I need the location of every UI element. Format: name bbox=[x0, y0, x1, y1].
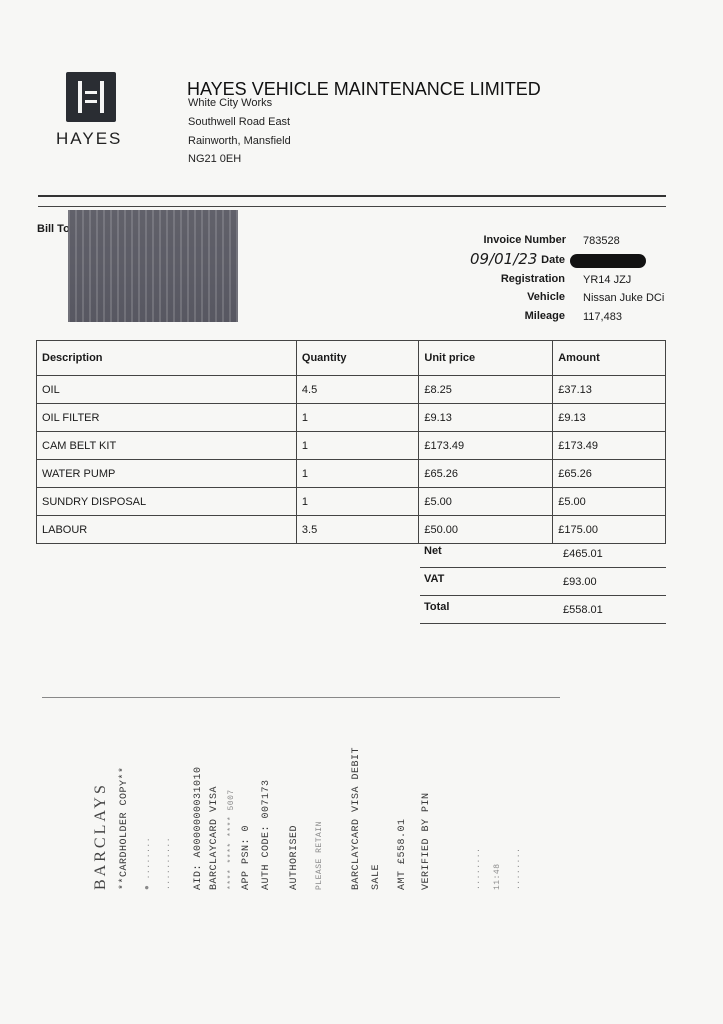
cell-quantity: 4.5 bbox=[296, 376, 418, 404]
address-line-4: NG21 0EH bbox=[188, 153, 241, 165]
address-line-1: White City Works bbox=[188, 97, 272, 109]
net-label: Net bbox=[424, 545, 442, 557]
net-value: £465.01 bbox=[563, 548, 603, 560]
address-line-2: Southwell Road East bbox=[188, 116, 290, 128]
cell-description: OIL FILTER bbox=[37, 404, 297, 432]
receipt-line: **CARDHOLDER COPY** bbox=[119, 766, 130, 890]
cell-amount: £9.13 bbox=[553, 404, 666, 432]
net-row: Net £465.01 bbox=[420, 540, 666, 568]
receipt-line: BARCLAYS bbox=[92, 782, 110, 890]
receipt-line: ● ........ bbox=[143, 837, 152, 890]
cell-description: SUNDRY DISPOSAL bbox=[37, 488, 297, 516]
vat-value: £93.00 bbox=[563, 576, 597, 588]
mileage-label: Mileage bbox=[445, 310, 565, 322]
receipt-line: **** **** **** 5007 bbox=[227, 789, 236, 890]
cell-amount: £37.13 bbox=[553, 376, 666, 404]
cell-amount: £5.00 bbox=[553, 488, 666, 516]
vehicle-label: Vehicle bbox=[445, 291, 565, 303]
vat-label: VAT bbox=[424, 573, 444, 585]
company-logo bbox=[66, 72, 116, 122]
cell-quantity: 1 bbox=[296, 404, 418, 432]
header-divider bbox=[38, 195, 666, 197]
table-row: SUNDRY DISPOSAL1£5.00£5.00 bbox=[37, 488, 666, 516]
table-row: CAM BELT KIT1£173.49£173.49 bbox=[37, 432, 666, 460]
invoice-number-label: Invoice Number bbox=[446, 234, 566, 246]
header-quantity: Quantity bbox=[296, 341, 418, 376]
cell-description: LABOUR bbox=[37, 516, 297, 544]
receipt-line: VERIFIED BY PIN bbox=[421, 792, 432, 890]
cell-quantity: 1 bbox=[296, 460, 418, 488]
line-items-table: Description Quantity Unit price Amount O… bbox=[36, 340, 666, 544]
cell-unit-price: £173.49 bbox=[419, 432, 553, 460]
receipt-line: AID: A0000000031010 bbox=[193, 766, 204, 890]
header-description: Description bbox=[37, 341, 297, 376]
receipt-line: AUTH CODE: 007173 bbox=[261, 779, 272, 890]
cell-quantity: 1 bbox=[296, 432, 418, 460]
address-line-3: Rainworth, Mansfield bbox=[188, 135, 291, 147]
receipt-line: 11:48 bbox=[493, 863, 502, 890]
bill-to-redacted bbox=[68, 210, 238, 322]
cell-description: WATER PUMP bbox=[37, 460, 297, 488]
card-receipt: BARCLAYS**CARDHOLDER COPY**● ...........… bbox=[80, 720, 570, 890]
header-amount: Amount bbox=[553, 341, 666, 376]
table-row: OIL FILTER1£9.13£9.13 bbox=[37, 404, 666, 432]
vat-row: VAT £93.00 bbox=[420, 568, 666, 596]
receipt-line: ........ bbox=[513, 848, 522, 890]
cell-description: CAM BELT KIT bbox=[37, 432, 297, 460]
cell-amount: £173.49 bbox=[553, 432, 666, 460]
total-row: Total £558.01 bbox=[420, 596, 666, 624]
date-redacted bbox=[570, 254, 646, 268]
bill-to-label: Bill To bbox=[37, 223, 70, 235]
receipt-line: PLEASE RETAIN bbox=[315, 821, 324, 890]
table-header-row: Description Quantity Unit price Amount bbox=[37, 341, 666, 376]
cell-quantity: 1 bbox=[296, 488, 418, 516]
table-row: WATER PUMP1£65.26£65.26 bbox=[37, 460, 666, 488]
registration-value: YR14 JZJ bbox=[583, 274, 631, 286]
cell-amount: £65.26 bbox=[553, 460, 666, 488]
cell-unit-price: £9.13 bbox=[419, 404, 553, 432]
receipt-line: BARCLAYCARD VISA bbox=[209, 786, 220, 890]
total-value: £558.01 bbox=[563, 604, 603, 616]
receipt-line: APP PSN: 0 bbox=[241, 825, 252, 890]
cell-unit-price: £8.25 bbox=[419, 376, 553, 404]
receipt-line: SALE bbox=[371, 864, 382, 890]
table-row: OIL4.5£8.25£37.13 bbox=[37, 376, 666, 404]
receipt-line: AMT £558.01 bbox=[397, 818, 408, 890]
invoice-number-value: 783528 bbox=[583, 235, 620, 247]
cell-description: OIL bbox=[37, 376, 297, 404]
registration-label: Registration bbox=[445, 273, 565, 285]
total-label: Total bbox=[424, 601, 449, 613]
vehicle-value: Nissan Juke DCi bbox=[583, 292, 664, 304]
mileage-value: 117,483 bbox=[583, 311, 622, 323]
receipt-line: .......... bbox=[163, 837, 172, 890]
receipt-line: BARCLAYCARD VISA DEBIT bbox=[351, 747, 362, 890]
cell-unit-price: £65.26 bbox=[419, 460, 553, 488]
receipt-line: AUTHORISED bbox=[289, 825, 300, 890]
receipt-top-edge bbox=[42, 697, 560, 698]
cell-quantity: 3.5 bbox=[296, 516, 418, 544]
logo-text: HAYES bbox=[56, 129, 122, 149]
date-label: Date bbox=[445, 254, 565, 266]
header-unit-price: Unit price bbox=[419, 341, 553, 376]
receipt-line: ........ bbox=[473, 848, 482, 890]
cell-unit-price: £5.00 bbox=[419, 488, 553, 516]
totals-block: Net £465.01 VAT £93.00 Total £558.01 bbox=[420, 540, 666, 624]
header-divider-thin bbox=[38, 206, 666, 207]
